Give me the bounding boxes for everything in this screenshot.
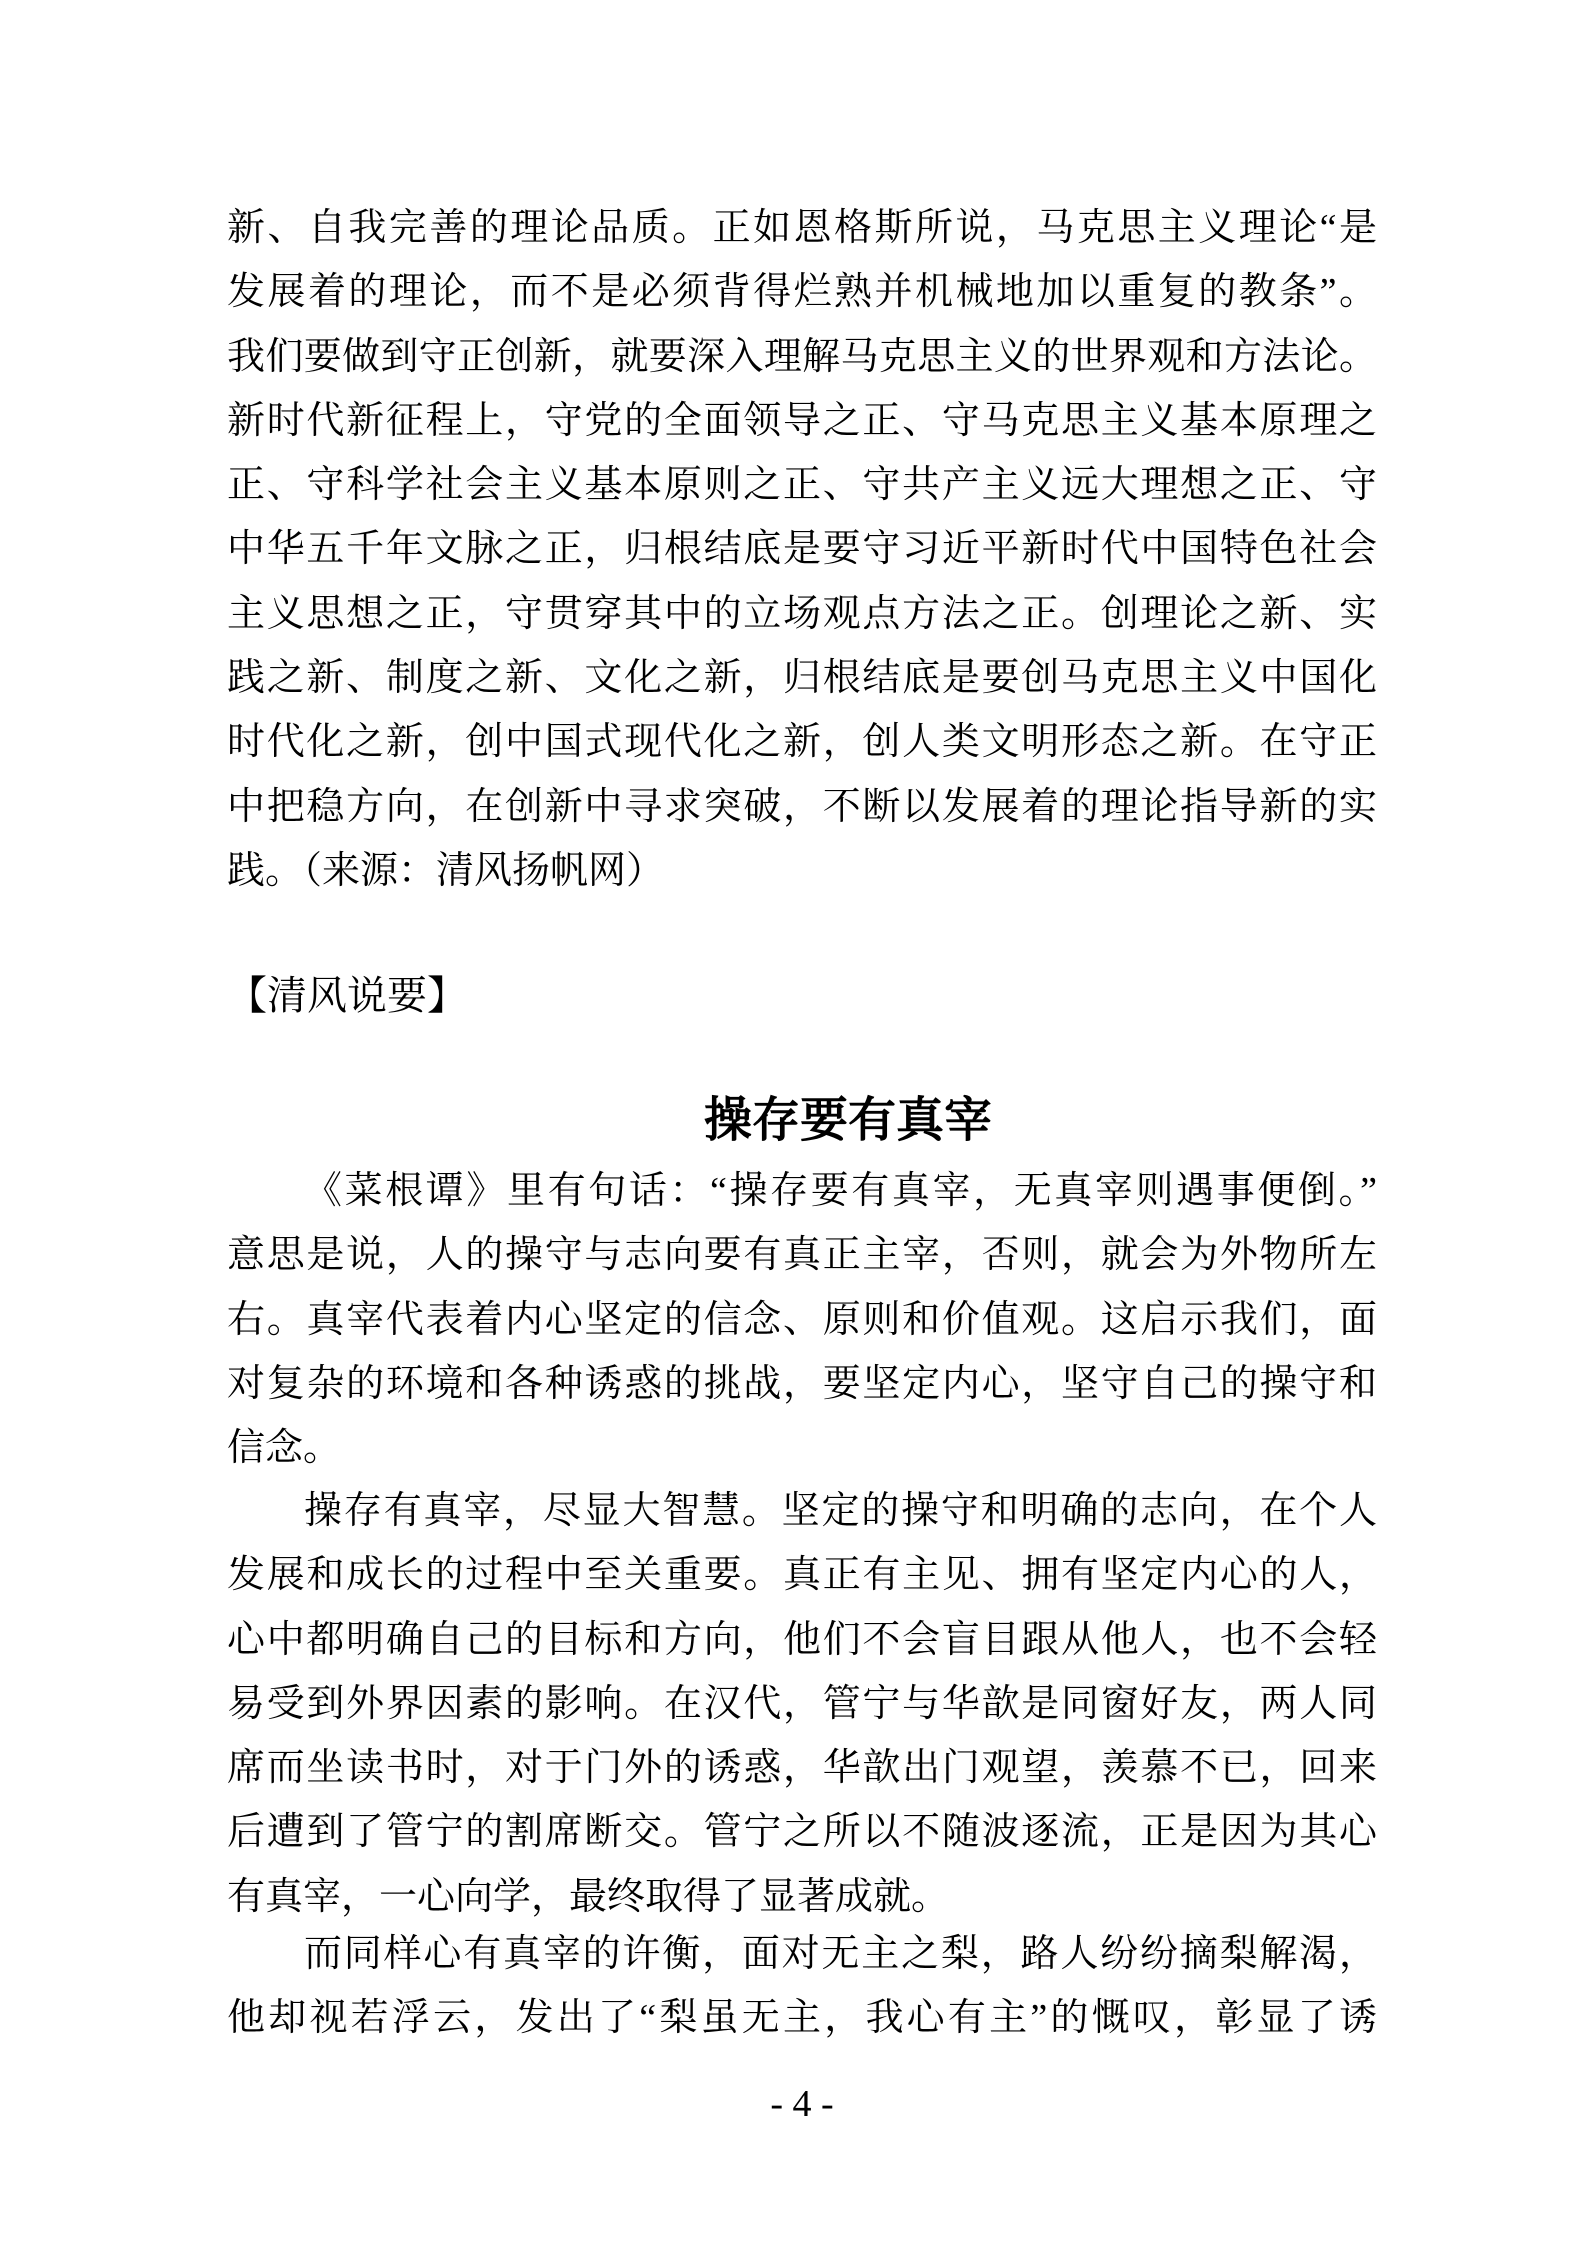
text-line: 有真宰，一心向学，最终取得了显著成就。 xyxy=(227,1865,1377,1929)
text-line: 而同样心有真宰的许衡，面对无主之梨，路人纷纷摘梨解渴， xyxy=(227,1922,1377,1986)
paragraph-wisdom: 操存有真宰，尽显大智慧。坚定的操守和明确的志向，在个人 发展和成长的过程中至关重… xyxy=(227,1479,1377,1929)
text-line: 后遭到了管宁的割席断交。管宁之所以不随波逐流，正是因为其心 xyxy=(227,1800,1377,1864)
text-line: 信念。 xyxy=(227,1416,1377,1480)
text-line: 我们要做到守正创新，就要深入理解马克思主义的世界观和方法论。 xyxy=(227,325,1377,389)
paragraph-xuheng: 而同样心有真宰的许衡，面对无主之梨，路人纷纷摘梨解渴， 他却视若浮云，发出了“梨… xyxy=(227,1922,1377,2051)
text-line: 他却视若浮云，发出了“梨虽无主，我心有主”的慨叹，彰显了诱 xyxy=(227,1986,1377,2050)
text-line: 时代化之新，创中国式现代化之新，创人类文明形态之新。在守正 xyxy=(227,710,1377,774)
text-line: 践之新、制度之新、文化之新，归根结底是要创马克思主义中国化 xyxy=(227,646,1377,710)
text-line: 意思是说，人的操守与志向要有真正主宰，否则，就会为外物所左 xyxy=(227,1223,1377,1287)
text-line: 对复杂的环境和各种诱惑的挑战，要坚定内心，坚守自己的操守和 xyxy=(227,1352,1377,1416)
text-line: 中华五千年文脉之正，归根结底是要守习近平新时代中国特色社会 xyxy=(227,517,1377,581)
text-line: 右。真宰代表着内心坚定的信念、原则和价值观。这启示我们，面 xyxy=(227,1288,1377,1352)
text-line: 发展和成长的过程中至关重要。真正有主见、拥有坚定内心的人， xyxy=(227,1543,1377,1607)
essay-title: 操存要有真宰 xyxy=(273,1086,1423,1156)
text-line: 正、守科学社会主义基本原则之正、守共产主义远大理想之正、守 xyxy=(227,453,1377,517)
text-line: 新时代新征程上，守党的全面领导之正、守马克思主义基本原理之 xyxy=(227,389,1377,453)
text-line: 新、自我完善的理论品质。正如恩格斯所说，马克思主义理论“是 xyxy=(227,196,1377,260)
text-line: 主义思想之正，守贯穿其中的立场观点方法之正。创理论之新、实 xyxy=(227,582,1377,646)
paragraph-body-continued: 新、自我完善的理论品质。正如恩格斯所说，马克思主义理论“是 发展着的理论，而不是… xyxy=(227,196,1377,903)
text-line: 《菜根谭》里有句话：“操存要有真宰，无真宰则遇事便倒。” xyxy=(227,1159,1377,1223)
text-line: 席而坐读书时，对于门外的诱惑，华歆出门观望，羡慕不已，回来 xyxy=(227,1736,1377,1800)
text-line: 心中都明确自己的目标和方向，他们不会盲目跟从他人，也不会轻 xyxy=(227,1608,1377,1672)
text-line-source-note: 践。（来源：清风扬帆网） xyxy=(227,839,1377,903)
text-line: 发展着的理论，而不是必须背得烂熟并机械地加以重复的教条”。 xyxy=(227,260,1377,324)
text-line: 中把稳方向，在创新中寻求突破，不断以发展着的理论指导新的实 xyxy=(227,775,1377,839)
section-header: 【清风说要】 xyxy=(227,964,1377,1028)
text-line: 易受到外界因素的影响。在汉代，管宁与华歆是同窗好友，两人同 xyxy=(227,1672,1377,1736)
document-page: 新、自我完善的理论品质。正如恩格斯所说，马克思主义理论“是 发展着的理论，而不是… xyxy=(0,0,1587,2245)
paragraph-caigentan: 《菜根谭》里有句话：“操存要有真宰，无真宰则遇事便倒。” 意思是说，人的操守与志… xyxy=(227,1159,1377,1480)
page-number: - 4 - xyxy=(227,2082,1377,2126)
text-line: 操存有真宰，尽显大智慧。坚定的操守和明确的志向，在个人 xyxy=(227,1479,1377,1543)
